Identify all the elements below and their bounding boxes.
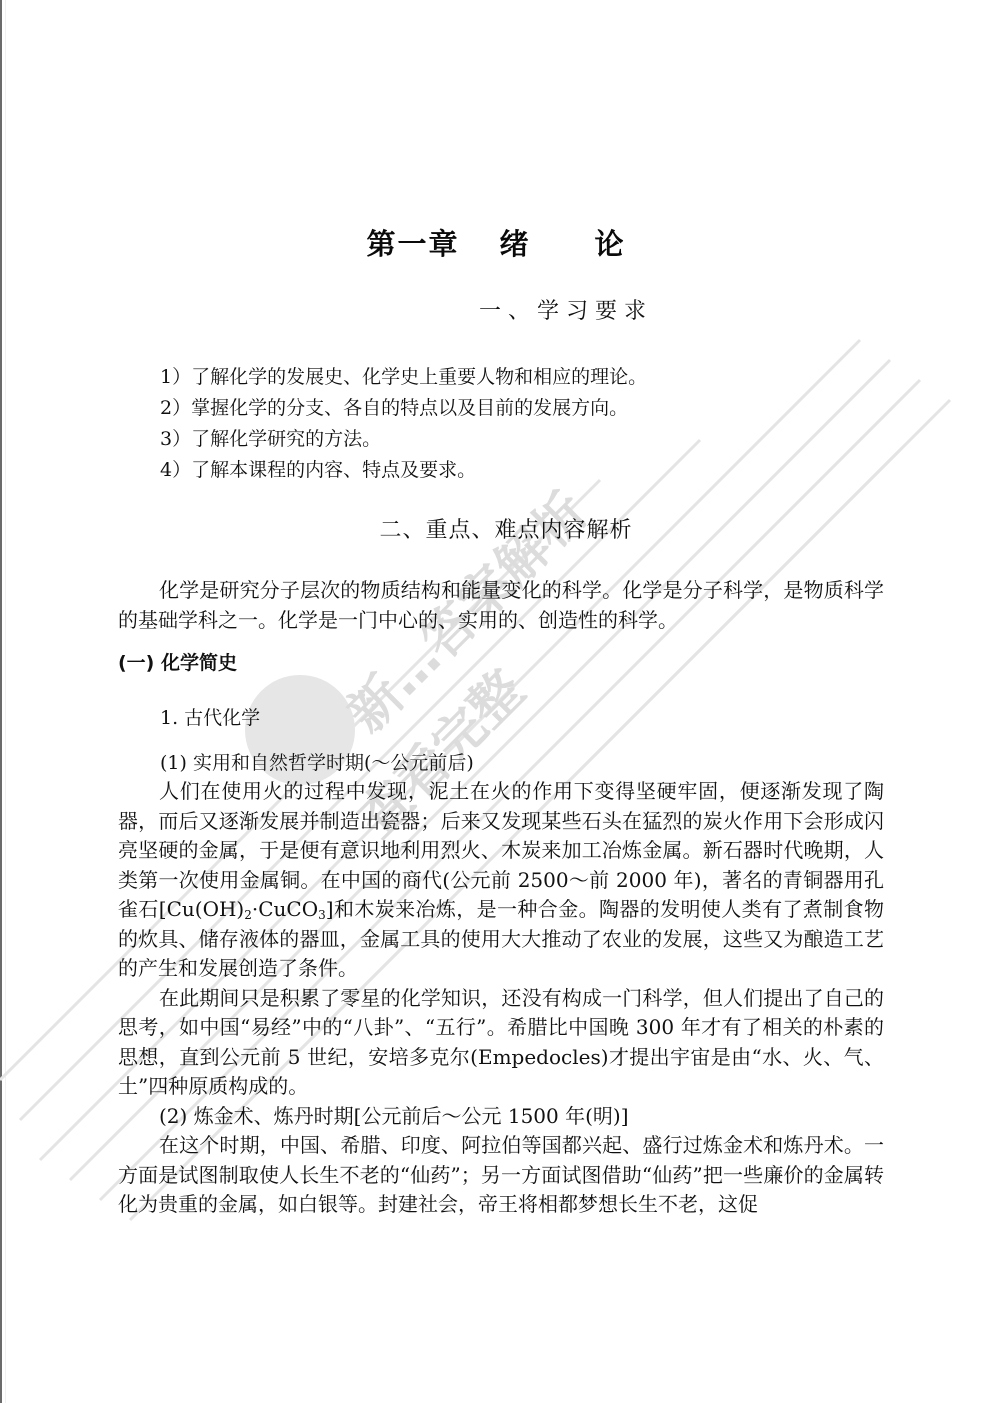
intro-paragraph: 化学是研究分子层次的物质结构和能量变化的科学。化学是分子科学，是物质科学的基础学… <box>118 576 884 635</box>
intro-paragraph-block: 化学是研究分子层次的物质结构和能量变化的科学。化学是分子科学，是物质科学的基础学… <box>118 576 884 635</box>
requirement-item: 3）了解化学研究的方法。 <box>160 424 647 455</box>
history-text-block: 人们在使用火的过程中发现，泥土在火的作用下变得坚硬牢固，便逐渐发现了陶器，而后又… <box>118 777 884 1220</box>
period-2-paragraph-1: 在这个时期，中国、希腊、印度、阿拉伯等国都兴起、盛行过炼金术和炼丹术。一方面是试… <box>118 1131 884 1220</box>
paragraph-text: ·CuCO <box>252 897 318 921</box>
period-1-paragraph-2: 在此期间只是积累了零星的化学知识，还没有构成一门科学，但人们提出了自己的思考，如… <box>118 984 884 1102</box>
textbook-page: 第一章绪论 一、学习要求 1）了解化学的发展史、化学史上重要人物和相应的理论。 … <box>0 0 992 1403</box>
chapter-title: 第一章绪论 <box>0 222 992 263</box>
chapter-title-char-1: 绪 <box>499 227 530 261</box>
section-title-key-points: 二、重点、难点内容解析 <box>0 513 992 544</box>
requirement-item: 2）掌握化学的分支、各自的特点以及目前的发展方向。 <box>160 393 647 424</box>
requirements-list: 1）了解化学的发展史、化学史上重要人物和相应的理论。 2）掌握化学的分支、各自的… <box>160 362 647 486</box>
section-title-learning-requirements: 一、学习要求 <box>0 294 992 325</box>
subscript: 3 <box>318 908 326 922</box>
chapter-number: 第一章 <box>366 227 459 261</box>
subscript: 2 <box>244 908 252 922</box>
requirement-item: 4）了解本课程的内容、特点及要求。 <box>160 455 647 486</box>
subsection-heading: (一) 化学简史 <box>118 648 237 675</box>
period-1-paragraph-1: 人们在使用火的过程中发现，泥土在火的作用下变得坚硬牢固，便逐渐发现了陶器，而后又… <box>118 777 884 984</box>
chapter-title-char-2: 论 <box>595 227 626 261</box>
requirement-item: 1）了解化学的发展史、化学史上重要人物和相应的理论。 <box>160 362 647 393</box>
period-2-title: (2) 炼金术、炼丹时期[公元前后～公元 1500 年(明)] <box>118 1102 884 1132</box>
period-1-title: (1) 实用和自然哲学时期(～公元前后) <box>160 748 474 775</box>
subsection-item-title: 1. 古代化学 <box>160 703 260 730</box>
